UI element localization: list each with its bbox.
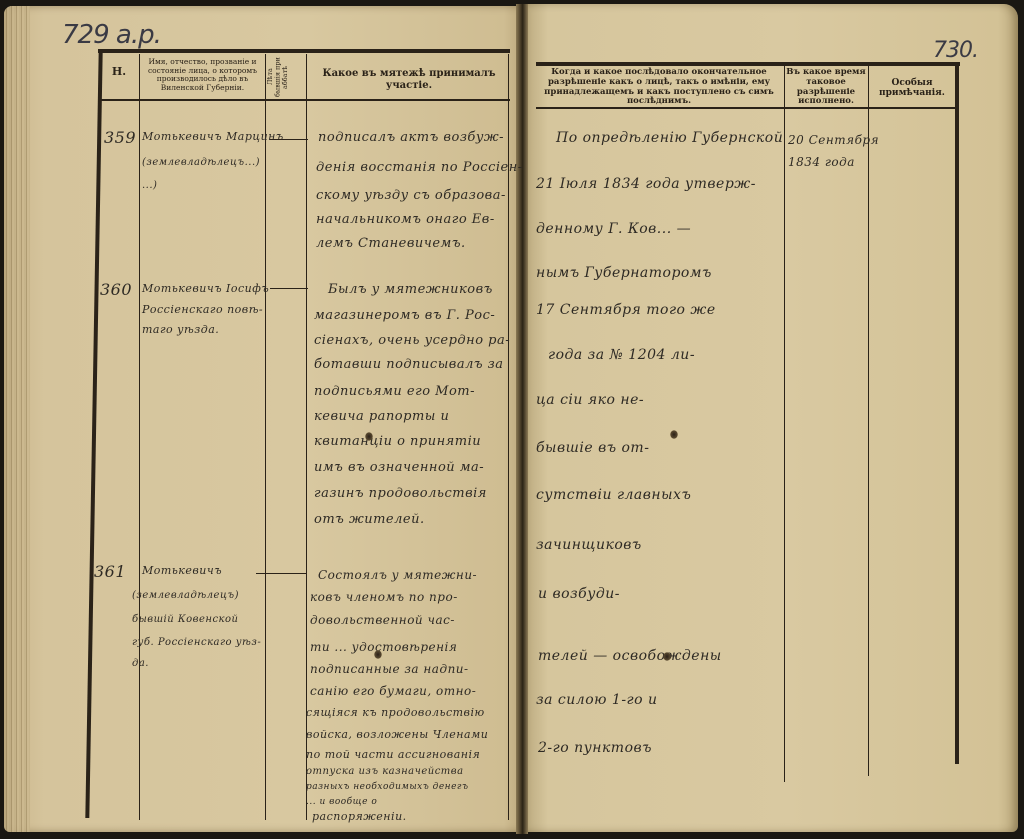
header-top-rule-right (536, 62, 960, 66)
folio-left: 729 a.p. (62, 20, 161, 50)
dash (270, 288, 308, 289)
resolution-line: нымъ Губернаторомъ (536, 265, 712, 281)
resolution-line: денному Г. Ков... — (536, 221, 691, 237)
resolution-line: 2-го пунктовъ (538, 740, 652, 756)
entry-part-line: магазинеромъ въ Г. Рос- (314, 308, 495, 323)
entry-part-line: Былъ у мятежниковъ (328, 282, 493, 297)
entry-part-line: сящіяся къ продовольствію (306, 706, 485, 719)
header-age: Лѣта бывшія при аббатѣ (267, 56, 305, 98)
folio-right: 730. (933, 38, 978, 63)
resolution-line: и возбуди- (538, 586, 620, 602)
entry-person-line: Мотькевичъ Марцинъ (142, 130, 284, 143)
right-col-rule-2 (868, 64, 869, 776)
entry-number: 359 (104, 128, 136, 147)
resolution-line: бывшіе въ от- (536, 440, 649, 456)
header-bottom-rule-right (536, 107, 956, 109)
entry-part-line: Состоялъ у мятежни- (318, 568, 477, 582)
entry-person-line: таго уѣзда. (142, 323, 219, 336)
entry-person-line: Мотькевичъ (142, 564, 222, 577)
resolution-line: зачинщиковъ (536, 537, 642, 553)
entry-part-line: отпуска изъ казначейства (306, 766, 464, 777)
header-person: Имя, отчество, прозваніе и состояніе лиц… (141, 58, 264, 93)
entry-part-line: скому уѣзду съ образова- (316, 188, 506, 203)
entry-part-line: довольственной час- (310, 613, 455, 627)
entry-person-line: Россіенскаго повѣ- (142, 303, 263, 316)
entry-part-line: подписанные за надпи- (310, 662, 469, 676)
entry-person-line: губ. Россіенскаго уѣз- (132, 637, 261, 648)
header-resolution: Когда и какое послѣдовало окончательное … (536, 68, 782, 107)
paper-hole (365, 432, 373, 441)
right-col-rule-1 (784, 64, 785, 782)
paper-hole (670, 430, 678, 439)
entry-part-line: сіенахъ, очень усердно ра- (314, 333, 510, 348)
executed-line: 20 Сентября (788, 133, 879, 147)
entry-person-line: ...) (142, 180, 157, 191)
entry-part-line: квитанціи о принятіи (314, 434, 481, 449)
entry-part-line: газинъ продовольствія (314, 486, 487, 501)
paper-hole (374, 650, 382, 659)
col-rule-2 (265, 54, 266, 820)
right-outer-border (955, 64, 959, 764)
resolution-line: 21 Іюля 1834 года утверж- (536, 176, 756, 192)
header-no: Н. (100, 66, 138, 79)
resolution-line: По опредѣленію Губернской (556, 130, 783, 146)
dash (256, 573, 306, 574)
entry-part-line: ти ... удостовѣренія (310, 640, 457, 654)
header-executed: Въ какое время таковое разрѣшеніе исполн… (786, 68, 866, 107)
entry-part-line: лемъ Станевичемъ. (316, 236, 466, 251)
entry-part-line: денія восстанія по Россіен- (316, 160, 523, 175)
resolution-line: за силою 1-го и (536, 692, 658, 708)
entry-number: 361 (94, 562, 126, 581)
col-rule-1 (139, 54, 140, 820)
entry-person-line: Мотькевичъ Іосифъ (142, 282, 269, 295)
page-edges (4, 6, 30, 832)
open-ledger-book: 729 a.p. 730. Н. Имя, отчество, прозвані… (0, 0, 1024, 839)
dash (270, 139, 308, 140)
entry-part-line: ботавши подписывалъ за (314, 357, 504, 372)
header-bottom-rule-left (98, 99, 510, 101)
entry-part-line: по той части ассигнованія (306, 748, 480, 761)
entry-part-line: санію его бумаги, отно- (310, 684, 476, 698)
resolution-line: ца сіи яко не- (536, 392, 644, 408)
entry-part-line: начальникомъ онаго Ев- (316, 212, 495, 227)
entry-number: 360 (100, 280, 132, 299)
entry-part-line: имъ въ означенной ма- (314, 460, 484, 475)
entry-part-line: войска, возложены Членами (306, 728, 488, 741)
header-notes: Особыя примѣчанія. (870, 78, 954, 99)
book-gutter (516, 4, 528, 834)
entry-person-line: бывшій Ковенской (132, 614, 238, 625)
entry-part-line: подписалъ актъ возбуж- (318, 130, 504, 145)
entry-part-line: подписьями его Мот- (314, 384, 475, 399)
entry-person-line: да. (132, 658, 149, 669)
entry-part-line: распоряженіи. (312, 810, 407, 823)
entry-part-line: кевича рапорты и (314, 409, 449, 424)
header-top-rule-left (98, 49, 510, 53)
entry-part-line: отъ жителей. (314, 512, 425, 527)
resolution-line: телей — освобождены (538, 648, 722, 664)
resolution-line: 17 Сентября того же (536, 302, 716, 318)
header-part: Какое въ мятежѣ принималъ участіе. (310, 68, 508, 91)
entry-part-line: ... и вообще о (306, 797, 377, 807)
resolution-line: сутствіи главныхъ (536, 487, 691, 503)
paper-hole (663, 652, 671, 661)
entry-part-line: ковъ членомъ по про- (310, 590, 458, 604)
entry-part-line: разныхъ необходимыхъ денегъ (306, 782, 468, 792)
executed-line: 1834 года (788, 155, 855, 169)
resolution-line: года за № 1204 ли- (548, 347, 695, 363)
entry-person-line: (землевладѣлецъ...) (142, 157, 260, 168)
entry-person-line: (землевладѣлецъ) (132, 590, 239, 601)
